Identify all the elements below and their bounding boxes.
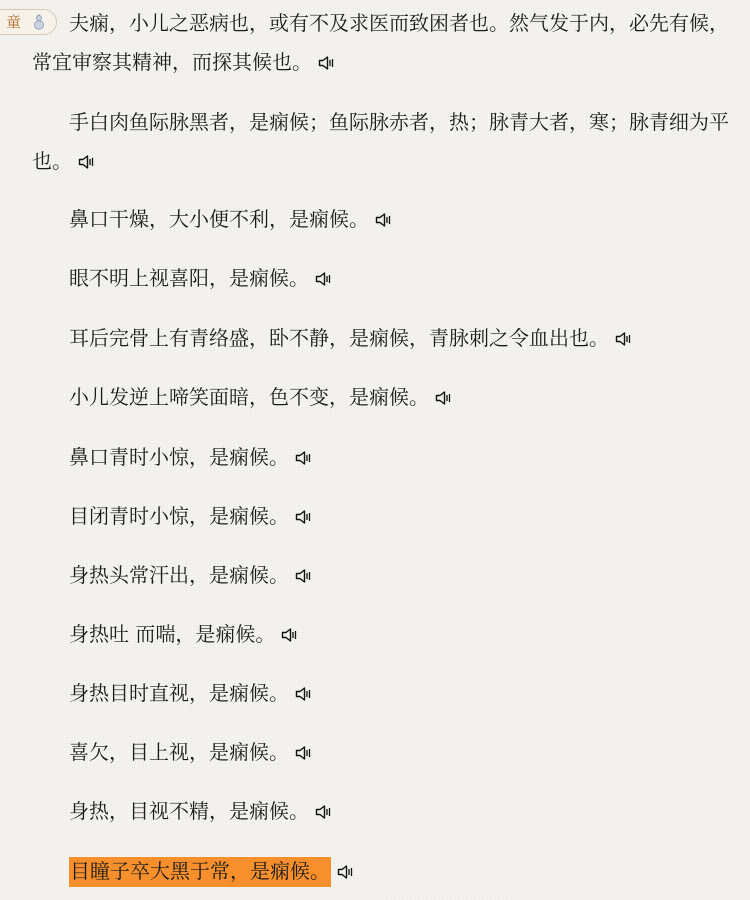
paragraph: 身热吐 而喘，是痫候。 <box>32 615 732 654</box>
paragraph-text: 夫痫，小儿之恶病也，或有不及求医而致困者也。然气发于内，必先有候，常宜审察其精神… <box>32 11 729 74</box>
badge-label: 童 <box>6 15 21 30</box>
paragraph-text: 鼻口干燥，大小便不利，是痫候。 <box>69 207 369 231</box>
paragraph: 夫痫，小儿之恶病也，或有不及求医而致困者也。然气发于内，必先有候，常宜审察其精神… <box>32 4 732 82</box>
paragraph-text: 目闭青时小惊，是痫候。 <box>69 504 289 528</box>
speaker-icon[interactable] <box>295 746 312 760</box>
speaker-icon[interactable] <box>315 272 332 286</box>
paragraph: 鼻口青时小惊，是痫候。 <box>32 438 732 477</box>
paragraph: 身热，目视不精，是痫候。 <box>32 792 732 831</box>
speaker-icon[interactable] <box>295 569 312 583</box>
paragraph-text: 鼻口青时小惊，是痫候。 <box>69 445 289 469</box>
paragraph-text: 小儿发逆上啼笑面暗，色不变，是痫候。 <box>69 385 429 409</box>
speaker-icon[interactable] <box>318 56 335 70</box>
speaker-icon[interactable] <box>435 391 452 405</box>
paragraph-text: 身热目时直视，是痫候。 <box>69 681 289 705</box>
paragraph: 身热头常汗出，是痫候。 <box>32 556 732 595</box>
speaker-icon[interactable] <box>337 865 354 879</box>
paragraph-text: 手白肉鱼际脉黑者，是痫候；鱼际脉赤者，热；脉青大者，寒；脉青细为平也。 <box>32 110 729 173</box>
speaker-icon[interactable] <box>375 213 392 227</box>
paragraph: 手白肉鱼际脉黑者，是痫候；鱼际脉赤者，热；脉青大者，寒；脉青细为平也。 <box>32 103 732 181</box>
paragraph-text: 耳后完骨上有青络盛，卧不静，是痫候，青脉刺之令血出也。 <box>69 326 609 350</box>
paragraph-text: 喜欠，目上视，是痫候。 <box>69 740 289 764</box>
paragraph: 小儿发逆上啼笑面暗，色不变，是痫候。 <box>32 378 732 417</box>
paragraph: 身热目时直视，是痫候。 <box>32 674 732 713</box>
speaker-icon[interactable] <box>315 805 332 819</box>
paragraph: 目闭青时小惊，是痫候。 <box>32 497 732 536</box>
speaker-icon[interactable] <box>295 451 312 465</box>
speaker-icon[interactable] <box>281 628 298 642</box>
speaker-icon[interactable] <box>295 687 312 701</box>
speaker-icon[interactable] <box>78 155 95 169</box>
paragraph-text: 身热吐 而喘，是痫候。 <box>69 622 275 646</box>
paragraph-text: 身热头常汗出，是痫候。 <box>69 563 289 587</box>
paragraph-text: 眼不明上视喜阳，是痫候。 <box>69 266 309 290</box>
speaker-icon[interactable] <box>295 510 312 524</box>
highlighted-paragraph-text: 目瞳子卒大黑于常，是痫候。 <box>69 857 331 887</box>
paragraph: 喜欠，目上视，是痫候。 <box>32 733 732 772</box>
paragraph-text: 身热，目视不精，是痫候。 <box>69 799 309 823</box>
paragraph: 眼不明上视喜阳，是痫候。 <box>32 259 732 298</box>
paragraph-highlighted: 目瞳子卒大黑于常，是痫候。 <box>32 852 732 891</box>
paragraph: 耳后完骨上有青络盛，卧不静，是痫候，青脉刺之令血出也。 <box>32 319 732 358</box>
paragraph: 鼻口干燥，大小便不利，是痫候。 <box>32 200 732 239</box>
speaker-icon[interactable] <box>615 332 632 346</box>
